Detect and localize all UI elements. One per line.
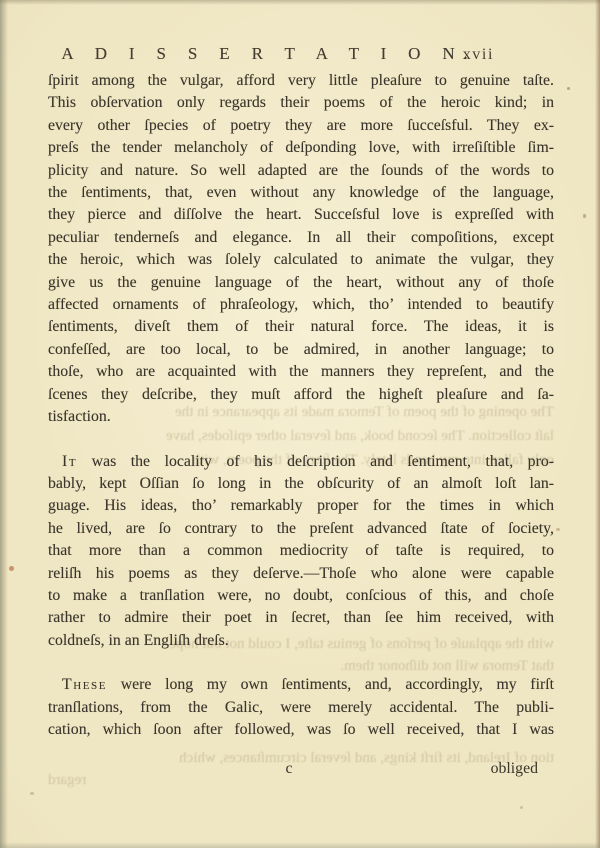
text-line: plicity and nature. So well adapted are …	[48, 160, 554, 182]
text-line: that more than a common mediocrity of ta…	[48, 540, 554, 562]
foxing-spot	[556, 528, 560, 531]
paragraph-lead: These	[62, 676, 107, 693]
text-line: to make a tranſlation were, no doubt, co…	[48, 585, 554, 607]
text-line: the ſentiments, that, even without any k…	[48, 182, 554, 204]
paragraph: These were long my own ſentiments, and, …	[48, 674, 554, 741]
text-line: These were long my own ſentiments, and, …	[48, 674, 554, 696]
text-line: confeſſed, are too local, to be admired,…	[48, 339, 554, 361]
scan-edge-top	[0, 0, 600, 5]
page-title: A D I S S E R T A T I O N.	[48, 44, 490, 64]
text-line: It was the locality of his deſcription a…	[48, 451, 554, 473]
text-line: This obſervation only regards their poem…	[48, 92, 554, 114]
signature-mark: c	[36, 760, 542, 778]
text-line: tisfaction.	[48, 406, 554, 428]
text-line: coldneſs, in an Engliſh dreſs.	[48, 630, 554, 652]
catchword: obliged	[491, 760, 538, 778]
text-line: affected ornaments of phraſeology, which…	[48, 294, 554, 316]
paragraph: ſpirit among the vulgar, afford very lit…	[48, 70, 554, 429]
text-line: preſs the tender melancholy of deſpondin…	[48, 137, 554, 159]
text-line: the heroic, which was ſolely calculated …	[48, 249, 554, 271]
foxing-spot	[9, 566, 14, 571]
page-number: xvii	[463, 46, 494, 64]
text-line: he lived, are ſo contrary to the preſent…	[48, 518, 554, 540]
foxing-spot	[583, 214, 586, 218]
paragraph: It was the locality of his deſcription a…	[48, 451, 554, 653]
text-line: peculiar tenderneſs and elegance. In all…	[48, 227, 554, 249]
text-line: rather to admire their poet in ſecret, t…	[48, 607, 554, 629]
text-line: ſcenes they deſcribe, they muſt afford t…	[48, 384, 554, 406]
running-header: A D I S S E R T A T I O N. xvii	[48, 44, 554, 66]
text-line: cation, which ſoon after followed, was ſ…	[48, 719, 554, 741]
paragraph-lead: It	[62, 453, 77, 470]
signature-row: c obliged	[48, 760, 554, 782]
foxing-spot	[567, 87, 570, 90]
scan-edge-bottom	[0, 842, 600, 848]
text-line: guage. His ideas, tho’ remarkably proper…	[48, 495, 554, 517]
scan-edge-right	[595, 0, 600, 848]
scan-edge-left	[0, 0, 8, 848]
body-text: ſpirit among the vulgar, afford very lit…	[48, 70, 554, 741]
foxing-spot	[30, 792, 34, 795]
scanned-book-page: The opening of the poem of Temora made i…	[0, 0, 600, 848]
text-line: ſpirit among the vulgar, afford very lit…	[48, 70, 554, 92]
text-line: every other ſpecies of poetry they are m…	[48, 115, 554, 137]
text-line: bably, kept Oſſian ſo long in the obſcur…	[48, 473, 554, 495]
text-line: ſentiments, diveſt them of their natural…	[48, 316, 554, 338]
text-line: thoſe, who are acquainted with the manne…	[48, 361, 554, 383]
text-line: they pierce and diſſolve the heart. Succ…	[48, 204, 554, 226]
text-line: give us the genuine language of the hear…	[48, 272, 554, 294]
foxing-spot	[520, 806, 523, 809]
text-line: reliſh his poems as they deſerve.—Thoſe …	[48, 563, 554, 585]
text-line: tranſlations, from the Galic, were merel…	[48, 697, 554, 719]
